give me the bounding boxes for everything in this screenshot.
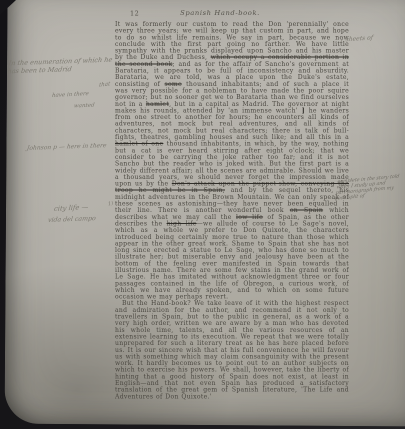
marginalia-vida-del-campo: vida del campo bbox=[47, 214, 96, 223]
page-content: 12 Spanish Hand-book. It was formerly ou… bbox=[0, 0, 405, 429]
paragraph: But the Hand-book? We take leave of it w… bbox=[115, 300, 349, 400]
marginalia-right-top: } sheets of bbox=[340, 34, 374, 43]
marginalia-left-top: In the enumeration of which he has been … bbox=[7, 56, 113, 76]
marginalia-city-life: city life — bbox=[54, 203, 89, 213]
print-text: —we allude of course to Le Sage's novel,… bbox=[115, 220, 349, 300]
paragraph: It was formerly our custom to read the D… bbox=[115, 21, 349, 300]
page-number: 12 bbox=[130, 10, 139, 18]
marginalia-left-mid: Johnson p — here in there bbox=[26, 142, 107, 152]
running-title: Spanish Hand-book. bbox=[145, 9, 295, 17]
marginalia-wanted: wanted bbox=[74, 102, 95, 109]
marginalia-have: have in there bbox=[52, 90, 90, 98]
print-text: But the Hand-book? We take leave of it w… bbox=[115, 300, 349, 400]
marginalia-note-that: that bbox=[99, 80, 111, 88]
marginalia-edge-mark: 1) bbox=[108, 201, 114, 207]
text-block: It was formerly our custom to read the D… bbox=[115, 21, 349, 406]
book-page-photo: 12 Spanish Hand-book. It was formerly ou… bbox=[0, 0, 405, 429]
